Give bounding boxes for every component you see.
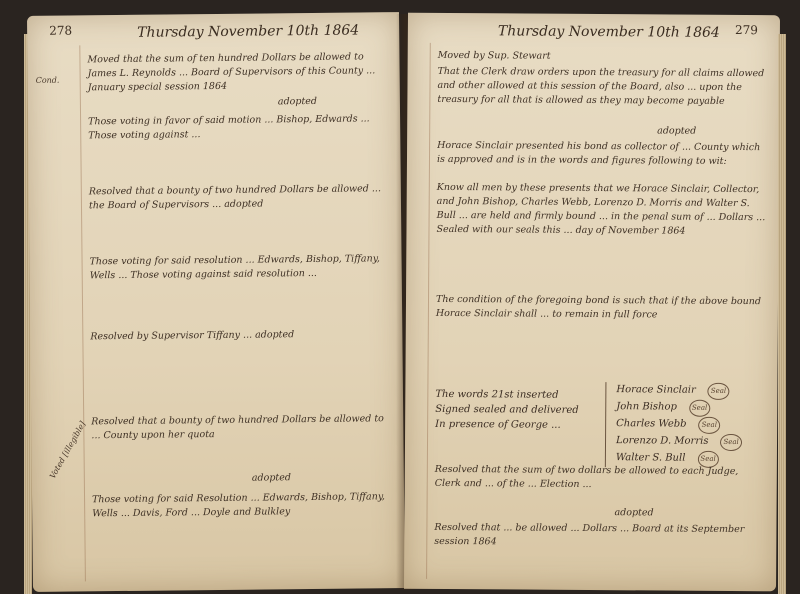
page-heading-left: Thursday November 10th 1864 (137, 22, 359, 40)
seal-icon: Seal (708, 383, 729, 400)
seal-icon: Seal (720, 434, 741, 451)
seal-icon: Seal (699, 417, 720, 434)
witness-line: The words 21st inserted (435, 387, 579, 403)
witness-line: Signed sealed and delivered (435, 402, 579, 418)
entry: Moved by Sup. Stewart (438, 49, 551, 64)
entry: Those voting for said resolution ... Edw… (90, 252, 390, 283)
entry: Horace Sinclair presented his bond as co… (437, 139, 767, 169)
page-number-right: 279 (735, 23, 758, 37)
margin-note: Voted [illegible] (48, 420, 87, 480)
open-ledger: 278 Thursday November 10th 1864 Cond. Vo… (30, 14, 782, 590)
page-number-left: 278 (49, 23, 72, 37)
entry: Know all men by these presents that we H… (436, 181, 766, 239)
signatory: John BishopSeal (616, 399, 742, 417)
entry: The condition of the foregoing bond is s… (436, 293, 766, 323)
entry: Resolved that a bounty of two hundred Do… (89, 182, 389, 213)
page-stack-right (778, 34, 786, 594)
signatory: Charles WebbSeal (616, 416, 742, 434)
margin-rule (426, 43, 431, 579)
page-heading-right: Thursday November 10th 1864 (498, 23, 720, 41)
adopted-mark: adopted (278, 95, 317, 109)
entry: That the Clerk draw orders upon the trea… (437, 65, 767, 109)
margin-note: Cond. (36, 76, 60, 85)
signature-block: The words 21st inserted Signed sealed an… (435, 381, 765, 383)
entry: Those voting in favor of said motion ...… (88, 112, 388, 143)
margin-rule (79, 45, 86, 581)
entry: Those voting for said Resolution ... Edw… (92, 490, 392, 521)
entry: Resolved that a bounty of two hundred Do… (91, 412, 391, 443)
left-page: 278 Thursday November 10th 1864 Cond. Vo… (27, 12, 405, 592)
witness-line: In presence of George ... (435, 417, 579, 433)
entry: Resolved that the sum of two dollars be … (435, 463, 765, 493)
right-page: 279 Thursday November 10th 1864 Moved by… (404, 13, 780, 592)
adopted-mark: adopted (252, 471, 291, 485)
adopted-mark: adopted (614, 506, 653, 520)
seal-icon: Seal (689, 400, 710, 417)
signatory: Lorenzo D. MorrisSeal (616, 433, 742, 451)
signatory: Horace SinclairSeal (616, 382, 742, 400)
adopted-mark: adopted (657, 124, 696, 138)
entry: Resolved by Supervisor Tiffany ... adopt… (90, 327, 390, 344)
entry: Moved that the sum of ten hundred Dollar… (87, 50, 387, 95)
entry: Resolved that ... be allowed ... Dollars… (434, 521, 764, 551)
